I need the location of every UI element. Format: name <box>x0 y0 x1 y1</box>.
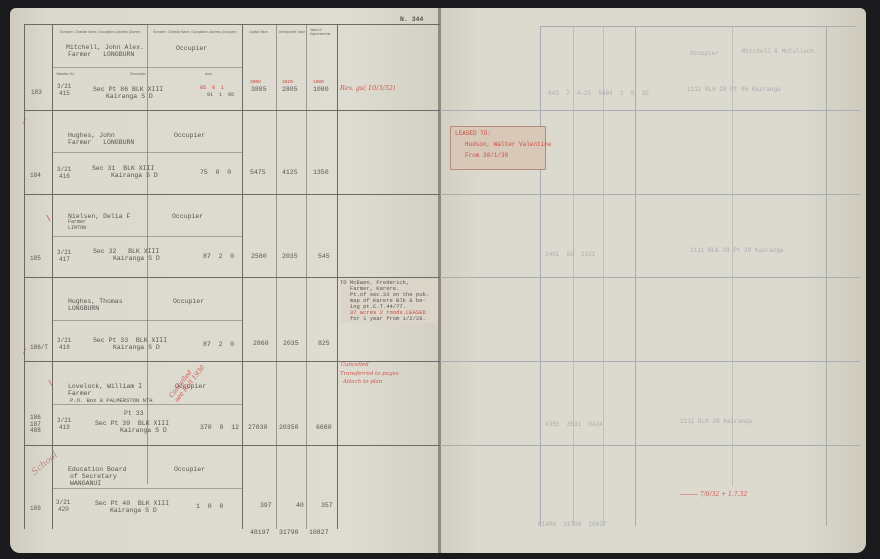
description-2: Kairanga S D <box>113 255 160 263</box>
row-divider <box>24 194 440 195</box>
unimproved-value: 2035 <box>283 340 299 348</box>
right-rule <box>635 26 636 526</box>
header-description: Description <box>130 72 146 76</box>
page-number: N. 344 <box>400 16 423 24</box>
occupier-label: Occupier <box>176 45 207 53</box>
improvements-value: 1350 <box>313 169 329 177</box>
sub-divider <box>52 320 242 321</box>
ghost-totals: 61400 31790 10827 <box>538 521 606 528</box>
header-unimproved: Unimproved Value <box>279 30 305 34</box>
capital-value: 5475 <box>250 169 266 177</box>
cancelled-note-line: Attach to plan <box>343 379 382 385</box>
area: 1 0 0 <box>196 503 223 511</box>
unimproved-value: 2805 <box>282 86 298 94</box>
right-rule <box>732 26 733 486</box>
owner-address: Farmer LONGBURN <box>68 51 134 59</box>
unimproved-value: 4125 <box>282 169 298 177</box>
description-2: Kairanga S D <box>113 344 160 352</box>
total-capital: 48197 <box>250 529 270 537</box>
ghost-owner: Mitchell & McCulloch <box>742 48 814 55</box>
cancelled-note-line: Transferred to pages <box>340 371 399 377</box>
unimproved-value: 40 <box>296 502 304 510</box>
sub-divider <box>52 236 242 237</box>
occupier-label: Occupier <box>172 213 203 221</box>
right-red-note: ——— 7/9/32 + 1.7.32 <box>680 491 747 498</box>
right-rule <box>603 26 604 526</box>
header-area: Area <box>205 72 212 76</box>
ghost-values: 643 7 4-25 5404 2 0 35 <box>548 90 649 97</box>
sub-divider <box>52 67 242 68</box>
ghost-desc: 1111 BLK 28 Pt 86 Kairanga <box>687 86 781 93</box>
right-rule <box>540 26 541 526</box>
header-improvements: Value of Improvements <box>310 28 336 36</box>
valuation-sub: 420 <box>58 507 69 513</box>
ghost-desc: 1111 BLK 28 Pt 28 Kairanga <box>690 247 784 254</box>
description-2: Kairanga S D <box>120 427 167 435</box>
row-number: 183 <box>31 89 42 96</box>
header-owner: Surname, Christian Name, Occupation, Add… <box>60 30 140 34</box>
row-number: 186 187 488 <box>30 415 41 435</box>
cancelled-note-line: Cancelled <box>341 362 369 368</box>
improvements-value: 357 <box>321 502 333 510</box>
header-valuation-no: Valuation No. <box>56 72 75 76</box>
right-row-divider <box>440 445 860 446</box>
header-capital: Capital Value <box>249 30 268 34</box>
right-rule <box>826 26 827 526</box>
area: 370 0 12 <box>200 424 239 432</box>
valuation-sub: 416 <box>59 174 70 180</box>
capital-value: 2580 <box>251 253 267 261</box>
ghost-desc: 1111 BLK 28 Kairanga <box>680 418 752 425</box>
row-divider <box>24 110 440 111</box>
occupier-label: Occupier <box>173 298 204 306</box>
valuation-sub: 415 <box>59 91 70 97</box>
area: 75 0 0 <box>200 169 231 177</box>
leased-to-date: From 30/1/30 <box>465 152 559 159</box>
valuation-sub: 417 <box>59 257 70 263</box>
total-unimproved: 31790 <box>279 529 299 537</box>
improvements-value: 6680 <box>316 424 332 432</box>
owner-address: LINTON <box>68 225 86 233</box>
improvements-value: 545 <box>318 253 330 261</box>
header-occupier: Surname, Christian Name, Occupation, Add… <box>153 30 237 34</box>
leased-to-name: Hudson, Walter Valentine <box>465 141 559 148</box>
capital-value: 2860 <box>253 340 269 348</box>
right-row-divider <box>440 194 860 195</box>
right-row-divider <box>440 277 860 278</box>
owner-address: Farmer LONGBURN <box>68 139 134 147</box>
description-top: Pt 33 <box>124 410 144 418</box>
owner-address: LONGBURN <box>68 305 99 313</box>
ghost-occupier: Occupier <box>690 50 719 57</box>
top-rule <box>24 24 440 25</box>
row-number: 185 <box>30 255 41 262</box>
right-top-rule <box>540 26 856 27</box>
book-spine <box>438 8 441 553</box>
unimproved-value: 2035 <box>282 253 298 261</box>
description-2: Kairanga S D <box>110 507 157 515</box>
total-improvements: 10827 <box>309 529 329 537</box>
red-tick-icon: ⁄ <box>22 348 27 357</box>
owner-address: WANGANUI <box>70 480 101 488</box>
row-divider <box>24 445 440 446</box>
leased-to-title: LEASED TO: <box>455 130 549 137</box>
occupier-label: Occupier <box>174 466 205 474</box>
unimproved-value: 20350 <box>279 424 299 432</box>
right-row-divider <box>440 110 860 111</box>
description-2: Kairanga S D <box>106 93 153 101</box>
area: 91 1 05 <box>207 92 234 100</box>
sub-divider <box>52 152 242 153</box>
row-number: 186/T <box>30 344 48 351</box>
lease-note-line: for 1 year from 1/2/28. <box>340 316 426 322</box>
lease-note: TO McEwen, Frederick, Farmer, Karere. Pt… <box>340 279 438 323</box>
row-divider <box>24 277 440 278</box>
capital-value: 3885 <box>251 86 267 94</box>
ghost-values: 1401 55 1321 <box>545 251 595 258</box>
row-number: 184 <box>30 172 41 179</box>
right-ledger-page <box>440 8 866 553</box>
leased-to-box: LEASED TO: Hudson, Walter Valentine From… <box>450 126 546 170</box>
valuation-sub: 419 <box>59 425 70 431</box>
area: 87 2 0 <box>203 253 234 261</box>
capital-value: 27030 <box>248 424 268 432</box>
ghost-values: 4355 3531 3424 <box>545 421 603 428</box>
improvements-value: 825 <box>318 340 330 348</box>
red-tick-icon: \ <box>46 215 51 224</box>
sub-divider <box>52 488 242 489</box>
area: 87 2 0 <box>203 341 234 349</box>
row-number: 189 <box>30 505 41 512</box>
red-tick-icon: \ <box>48 380 53 389</box>
row-divider <box>24 361 440 362</box>
red-tick-icon: ⁄ <box>22 118 27 127</box>
description-2: Kairanga S D <box>111 172 158 180</box>
right-rule <box>573 26 574 526</box>
valuation-sub: 418 <box>59 345 70 351</box>
owner-address: P.O. Box 8 PALMERSTON NTH <box>70 397 153 405</box>
improvements-value: 1080 <box>313 86 329 94</box>
right-row-divider <box>440 361 860 362</box>
capital-value: 397 <box>260 502 272 510</box>
revision-note: Rev. gs( 10/3/32) <box>340 84 395 92</box>
occupier-label: Occupier <box>174 132 205 140</box>
